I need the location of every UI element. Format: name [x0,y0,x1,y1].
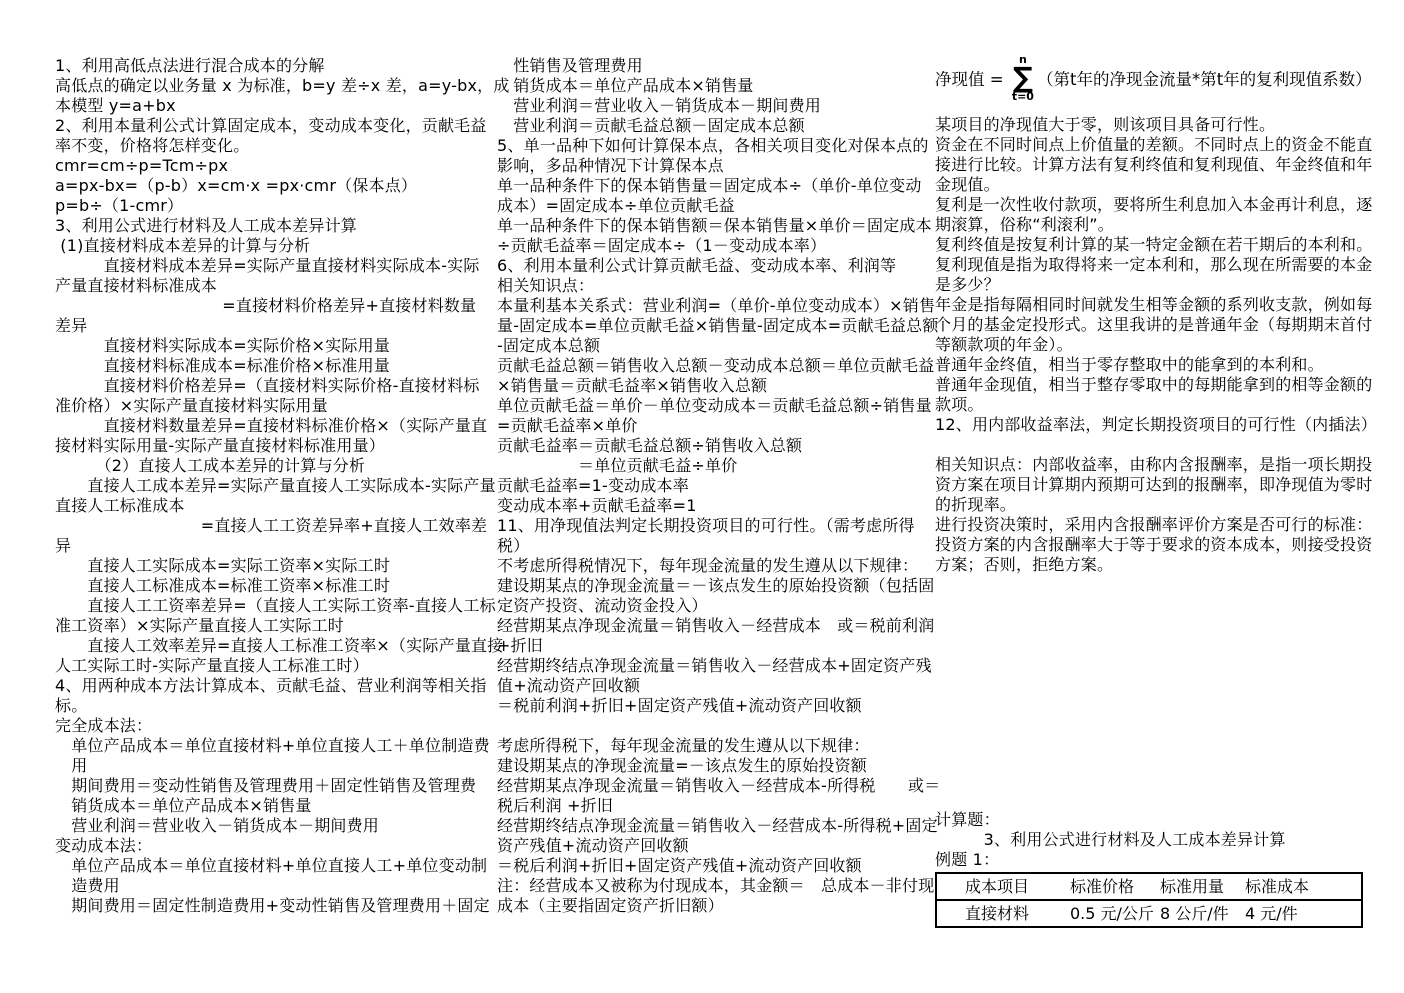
text-line: 接进行比较。计算方法有复利终值和复利现值、年金终值和年 [935,155,1365,175]
text-line: 直接人工标准成本=标准工资率×标准工时 [55,576,469,596]
text-line: 进行投资决策时，采用内含报酬率评价方案是否可行的标准： [935,515,1365,535]
text-line: 成本）=固定成本÷单位贡献毛益 [497,196,911,216]
text-line: 标。 [55,696,469,716]
text-line: 期间费用＝固定性制造费用+变动性销售及管理费用＋固定 [55,896,469,916]
cell-standard-cost: 4 元/件 [1240,900,1362,927]
text-line: 用 [55,756,469,776]
text-line: 2、利用本量利公式计算固定成本，变动成本变化，贡献毛益 [55,116,469,136]
text-line: ＝税前利润+折旧+固定资产残值+流动资产回收额 [497,696,911,716]
text-line: 值+流动资产回收额 [497,676,911,696]
col-header-standard-usage: 标准用量 [1155,873,1240,900]
text-line: 直接人工实际成本=实际工资率×实际工时 [55,556,469,576]
text-line: ×销售量＝贡献毛益率×销售收入总额 [497,376,911,396]
text-line: 率不变，价格将怎样变化。 [55,136,469,156]
text-line: 本模型 y=a+bx [55,96,469,116]
text-line: 注：经营成本又被称为付现成本，其金额＝ 总成本－非付现 [497,876,911,896]
text-line: 直接人工标准成本 [55,496,469,516]
text-line: 营业利润＝营业收入－销货成本－期间费用 [497,96,911,116]
text-line: 经营期终结点净现金流量＝销售收入－经营成本-所得税+固定 [497,816,911,836]
cell-standard-usage: 8 公斤/件 [1155,900,1240,927]
text-line: 产量直接材料标准成本 [55,276,469,296]
text-line: 高低点的确定以业务量 x 为标准，b=y 差÷x 差，a=y-bx，成 [55,76,469,96]
text-line: 建设期某点的净现金流量=－该点发生的原始投资额 [497,756,911,776]
text-line: 销货成本＝单位产品成本×销售量 [55,796,469,816]
formula-lhs: 净现值 = [935,66,1009,90]
text-line: 金现值。 [935,175,1365,195]
text-line: 差异 [55,316,469,336]
text-line: 准价格）×实际产量直接材料实际用量 [55,396,469,416]
cell-cost-item: 直接材料 [936,900,1065,927]
col-header-standard-price: 标准价格 [1065,873,1155,900]
table-header-row: 成本项目 标准价格 标准用量 标准成本 [936,873,1362,900]
document-page: 1、利用高低点法进行混合成本的分解高低点的确定以业务量 x 为标准，b=y 差÷… [0,0,1404,993]
text-line: (1)直接材料成本差异的计算与分析 [55,236,469,256]
text-line: 定资产投资、流动资金投入） [497,596,911,616]
text-line: 例题 1： [935,850,1365,870]
text-line: 资产残值+流动资产回收额 [497,836,911,856]
text-line: 影响，多品种情况下计算保本点 [497,156,911,176]
text-line: 成本（主要指固定资产折旧额） [497,896,911,916]
text-line: 营业利润＝贡献毛益总额－固定成本总额 [497,116,911,136]
text-line: 12、用内部收益率法，判定长期投资项目的可行性（内插法） [935,415,1365,435]
text-line: 资金在不同时间点上价值量的差额。不同时点上的资金不能直 [935,135,1365,155]
text-line: 3、利用公式进行材料及人工成本差异计算 [55,216,469,236]
text-line: 经营期某点净现金流量＝销售收入－经营成本-所得税 或＝ [497,776,911,796]
text-line: 接材料实际用量-实际产量直接材料标准用量） [55,436,469,456]
text-line: 年金是指每隔相同时间就发生相等金额的系列收支款，例如每 [935,295,1365,315]
text-line: 投资方案的内含报酬率大于等于要求的资本成本，则接受投资 [935,535,1365,555]
text-line: 复利现值是指为取得将来一定本利和，那么现在所需要的本金 [935,255,1365,275]
text-line: 期间费用＝变动性销售及管理费用＋固定性销售及管理费 [55,776,469,796]
text-line: 3、利用公式进行材料及人工成本差异计算 [935,830,1365,850]
text-line: 贡献毛益率=1-变动成本率 [497,476,911,496]
text-line: 单位产品成本＝单位直接材料+单位直接人工+单位变动制 [55,856,469,876]
text-line: 量-固定成本=单位贡献毛益×销售量-固定成本=贡献毛益总额 [497,316,911,336]
text-line: 普通年金现值，相当于整存零取中的每期能拿到的相等金额的 [935,375,1365,395]
text-line: 建设期某点的净现金流量＝－该点发生的原始投资额（包括固 [497,576,911,596]
text-line: 1、利用高低点法进行混合成本的分解 [55,56,469,76]
text-line: 贡献毛益率＝贡献毛益总额÷销售收入总额 [497,436,911,456]
standard-cost-table: 成本项目 标准价格 标准用量 标准成本 直接材料 0.5 元/公斤 8 公斤/件… [935,872,1363,928]
npv-formula: 净现值 = n ∑ t=0 （第t年的净现金流量*第t年的复利现值系数） [935,50,1365,106]
text-line: 是多少？ [935,275,1365,295]
text-line: 期滚算，俗称“利滚利”。 [935,215,1365,235]
text-line: 资方案在项目计算期内预期可达到的报酬率，即净现值为零时 [935,475,1365,495]
text-line: 单位产品成本＝单位直接材料+单位直接人工＋单位制造费 [55,736,469,756]
column-2-text: 性销售及管理费用 销货成本＝单位产品成本×销售量 营业利润＝营业收入－销货成本－… [497,56,911,916]
sigma-glyph: ∑ [1013,65,1033,90]
text-line: 经营期某点净现金流量＝销售收入－经营成本 或＝税前利润 [497,616,911,636]
text-line [935,435,1365,455]
text-line: 相关知识点：内部收益率，由称内含报酬率，是指一项长期投 [935,455,1365,475]
text-line: p=b÷（1-cmr） [55,196,469,216]
text-line: 经营期终结点净现金流量＝销售收入－经营成本+固定资产残 [497,656,911,676]
text-line: 单一品种条件下的保本销售量＝固定成本÷（单价-单位变动 [497,176,911,196]
text-line: ＝单位贡献毛益÷单价 [497,456,911,476]
text-line: =直接人工工资差异率+直接人工效率差 [55,516,469,536]
text-line: 计算题： [935,810,1365,830]
column-1-text: 1、利用高低点法进行混合成本的分解高低点的确定以业务量 x 为标准，b=y 差÷… [55,56,469,916]
cell-standard-price: 0.5 元/公斤 [1065,900,1155,927]
text-line: 人工实际工时-实际产量直接人工标准工时） [55,656,469,676]
text-line: 销货成本＝单位产品成本×销售量 [497,76,911,96]
text-line: ＝税后利润+折旧+固定资产残值+流动资产回收额 [497,856,911,876]
text-line: 变动成本率+贡献毛益率=1 [497,496,911,516]
text-line: 贡献毛益总额＝销售收入总额－变动成本总额＝单位贡献毛益 [497,356,911,376]
text-line: 税后利润 +折旧 [497,796,911,816]
text-line: 变动成本法： [55,836,469,856]
text-line: 直接材料实际成本=实际价格×实际用量 [55,336,469,356]
formula-rhs: （第t年的净现金流量*第t年的复利现值系数） [1037,66,1372,90]
text-line: 等额款项的年金）。 [935,335,1365,355]
text-line: +折旧 [497,636,911,656]
text-line: 营业利润＝营业收入－销货成本－期间费用 [55,816,469,836]
text-line: =直接材料价格差异+直接材料数量 [55,296,469,316]
text-line: 5、单一品种下如何计算保本点，各相关项目变化对保本点的 [497,136,911,156]
text-line: =贡献毛益率×单价 [497,416,911,436]
text-line: 复利是一次性收付款项，要将所生利息加入本金再计利息，逐 [935,195,1365,215]
text-line: 准工资率）×实际产量直接人工实际工时 [55,616,469,636]
text-line: 单一品种条件下的保本销售额＝保本销售量×单价＝固定成本 [497,216,911,236]
text-line: 直接人工工资率差异=（直接人工实际工资率-直接人工标 [55,596,469,616]
text-line: 异 [55,536,469,556]
text-line: 4、用两种成本方法计算成本、贡献毛益、营业利润等相关指 [55,676,469,696]
col-header-cost-item: 成本项目 [936,873,1065,900]
text-line: 直接人工成本差异=实际产量直接人工实际成本-实际产量 [55,476,469,496]
text-line: 11、用净现值法判定长期投资项目的可行性。（需考虑所得 [497,516,911,536]
column-3: 净现值 = n ∑ t=0 （第t年的净现金流量*第t年的复利现值系数） 某项目… [935,50,1365,575]
text-line: 方案；否则，拒绝方案。 [935,555,1365,575]
text-line: 直接材料价格差异=（直接材料实际价格-直接材料标 [55,376,469,396]
text-line: 税） [497,536,911,556]
text-line: 某项目的净现值大于零，则该项目具备可行性。 [935,115,1365,135]
text-line: 不考虑所得税情况下，每年现金流量的发生遵从以下规律： [497,556,911,576]
text-line: 款项。 [935,395,1365,415]
text-line: 造费用 [55,876,469,896]
col-header-standard-cost: 标准成本 [1240,873,1362,900]
text-line: a=px-bx=（p-b）x=cm·x =px·cmr（保本点） [55,176,469,196]
text-line: 本量利基本关系式：营业利润=（单价-单位变动成本）×销售 [497,296,911,316]
text-line: 相关知识点： [497,276,911,296]
text-line: cmr=cm÷p=Tcm÷px [55,156,469,176]
text-line: 性销售及管理费用 [497,56,911,76]
text-line: ÷贡献毛益率＝固定成本÷（1－变动成本率） [497,236,911,256]
calculation-example-block: 计算题： 3、利用公式进行材料及人工成本差异计算例题 1： 成本项目 标准价格 … [935,810,1365,928]
text-line: 复利终值是按复利计算的某一特定金额在若干期后的本利和。 [935,235,1365,255]
text-line: （2）直接人工成本差异的计算与分析 [55,456,469,476]
sigma-symbol: n ∑ t=0 [1012,54,1034,101]
text-line: 直接材料标准成本=标准价格×标准用量 [55,356,469,376]
text-line: 直接材料数量差异=直接材料标准价格×（实际产量直 [55,416,469,436]
text-line: 的折现率。 [935,495,1365,515]
text-line: 个月的基金定投形式。这里我讲的是普通年金（每期期末首付 [935,315,1365,335]
sigma-lower-limit: t=0 [1012,91,1034,102]
table-row: 直接材料 0.5 元/公斤 8 公斤/件 4 元/件 [936,900,1362,927]
example-heading-lines: 计算题： 3、利用公式进行材料及人工成本差异计算例题 1： [935,810,1365,870]
text-line: 完全成本法： [55,716,469,736]
text-line: 直接人工效率差异=直接人工标准工资率×（实际产量直接 [55,636,469,656]
column-3-text: 某项目的净现值大于零，则该项目具备可行性。资金在不同时间点上价值量的差额。不同时… [935,115,1365,575]
text-line: 6、利用本量利公式计算贡献毛益、变动成本率、利润等 [497,256,911,276]
text-line: 考虑所得税下，每年现金流量的发生遵从以下规律： [497,736,911,756]
text-line: 单位贡献毛益＝单价－单位变动成本＝贡献毛益总额÷销售量 [497,396,911,416]
text-line: 普通年金终值，相当于零存整取中的能拿到的本利和。 [935,355,1365,375]
text-line: 直接材料成本差异=实际产量直接材料实际成本-实际 [55,256,469,276]
text-line [497,716,911,736]
text-line: -固定成本总额 [497,336,911,356]
